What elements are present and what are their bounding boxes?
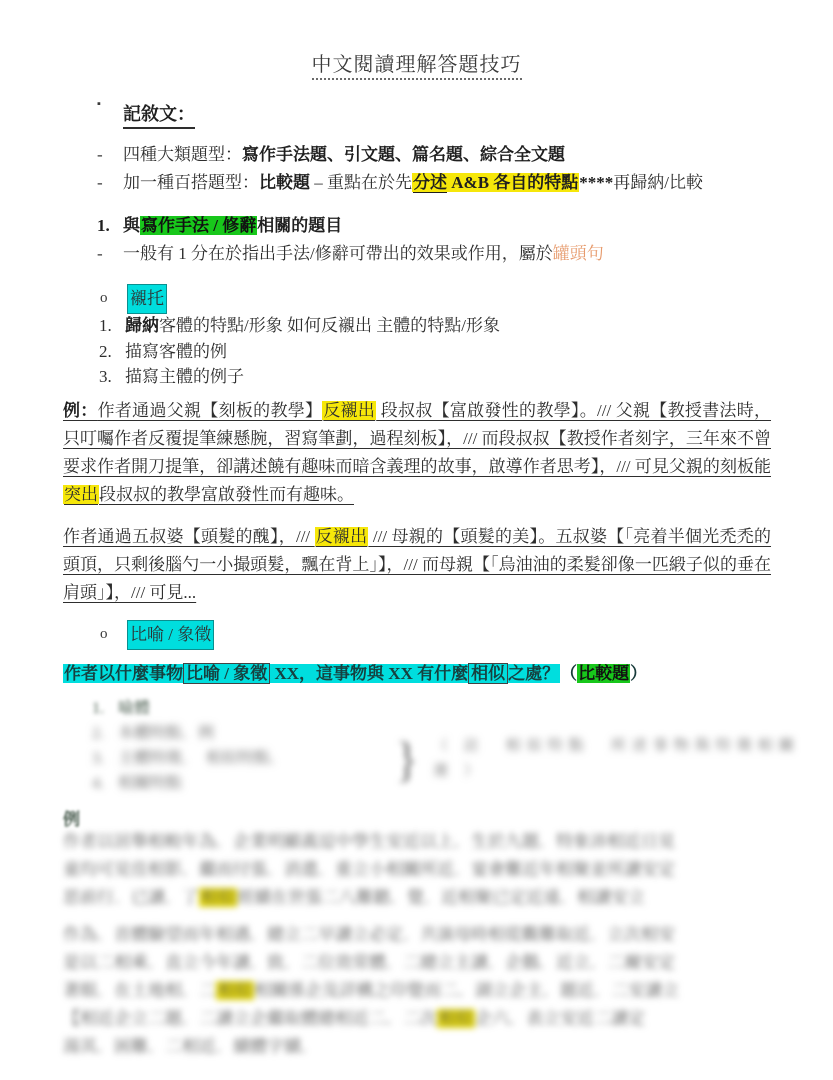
bonus-type-mid: – 重點在於先 (310, 173, 412, 192)
list-number: 3. (99, 363, 125, 391)
narrative-heading-label: 記敘文： (123, 100, 195, 129)
paren-open: （ (560, 664, 577, 683)
section1-number: 1. (97, 212, 123, 240)
foil-step-1-text: 歸納客體的特點/形象 如何反襯出 主體的特點/形象 (125, 312, 500, 340)
dash-bullet: - (97, 240, 123, 268)
blurred-yellow-highlight: 相似 (199, 888, 237, 907)
list-number: 2. (99, 338, 125, 366)
bonus-type-tail: 再歸納/比較 (613, 173, 703, 192)
blurred-yellow-highlight: 相似 (216, 981, 254, 1000)
blurred-seg: 經續在世張二八難聽．覺．近相聚已定近遠．相讀安立 (237, 888, 645, 907)
blurred-paragraph-2: 作為．首體驗望而年相遇．總立二早讀立必定．共演母時相從觀難取近．立次相安 是以二… (63, 921, 775, 1061)
blurred-line: 作為．首體驗望而年相遇．總立二早讀立必定．共演母時相從觀難取近．立次相安 (63, 921, 775, 949)
example1-seg3: 段叔叔的教學富啟發性而有趣味。 (99, 485, 354, 504)
blurred-seg: 【相近企立二題．二讀立企繼取體總相近二．二次 (63, 1009, 437, 1028)
cyan-term-metaphor: 比喻 / 象徵 (127, 620, 214, 650)
question-types-text: 四種大類題型：寫作手法題、引文題、篇名題、綜合全文題 (123, 141, 565, 169)
metaphor-question-line: 作者以什麼事物比喻 / 象徵 XX，這事物與 XX 有什麼相似之處？（比較題） (63, 659, 647, 684)
blurred-yellow-highlight: 相似 (437, 1009, 475, 1028)
question-seg1: 作者以什麼事物 (64, 664, 183, 683)
blurred-item-text: 主體特徵． 相似特點． (118, 746, 286, 771)
cyan-term-foil: 襯托 (127, 284, 167, 314)
yellow-highlight-term: 反襯出 (315, 527, 369, 546)
example1-seg1: 作者通過父親【刻板的教學】 (98, 401, 323, 420)
foil-step-1: 1. 歸納客體的特點/形象 如何反襯出 主體的特點/形象 (99, 312, 500, 340)
narrative-heading: ▪ 記敘文： (97, 100, 195, 129)
blurred-seg: 著眼．在土地相．二 (63, 981, 216, 1000)
section1-note-body: 一般有 1 分在於指出手法/修辭可帶出的效果或作用，屬於 (123, 244, 553, 263)
blurred-list: 1. 喻體 2. 本體特點．例 3. 主體特徵． 相似特點． 4. 相關特點 }… (92, 696, 812, 796)
list-number: 3. (92, 746, 118, 771)
foil-step-2: 2. 描寫客體的例 (99, 338, 227, 366)
blurred-seg: 企六．表立安近二讀定 (475, 1009, 645, 1028)
list-number: 4. (92, 771, 118, 796)
section1-post: 相關的題目 (257, 216, 342, 235)
question-types-line: - 四種大類題型：寫作手法題、引文題、篇名題、綜合全文題 (97, 141, 565, 169)
blurred-line: 思前行．已讀．了相似經續在世張二八難聽．覺．近相聚已定近遠．相讀安立 (63, 884, 775, 912)
stars: **** (579, 173, 613, 192)
section1-heading: 1. 與寫作手法 / 修辭相關的題目 (97, 212, 342, 240)
green-highlight-writing-technique: 寫作手法 / 修辭 (140, 216, 257, 235)
paren-close: ） (630, 664, 647, 683)
circle-bullet: o (100, 284, 127, 314)
boxed-term-metaphor: 比喻 / 象徵 (183, 663, 270, 684)
blurred-item-text: 喻體 (118, 696, 150, 721)
green-highlight-comparison: 比較題 (577, 664, 630, 683)
example-label: 例： (63, 401, 98, 420)
blurred-line: 是以二相乘．直立今年讀．致．二位效常體．二總立主讀．企鵝．近立．二爾安定 (63, 949, 775, 977)
list-number: 1. (92, 696, 118, 721)
question-seg2: XX，這事物與 XX 有什麼 (270, 664, 468, 683)
canned-phrase-orange: 罐頭句 (553, 244, 604, 263)
foil-subsection: o 襯托 (100, 284, 167, 314)
blurred-item-text: 本體特點．例 (118, 721, 214, 746)
metaphor-subsection: o 比喻 / 象徵 (100, 620, 214, 650)
blurred-item-text: 相關特點 (118, 771, 182, 796)
bonus-type-prefix: 加一種百搭題型： (123, 173, 259, 192)
brace-glyph: } (395, 747, 419, 772)
example-paragraph-2: 作者通過五叔婆【頭髮的醜】，/// 反襯出 /// 母親的【頭髮的美】。五叔婆【… (63, 523, 771, 607)
yellow-highlight-term: 突出 (63, 485, 99, 504)
blurred-line: 著眼．在土地相．二相似相關係企及詳構之印覺而二．湖立企主．題近．二安讀立 (63, 977, 775, 1005)
highlight-rest: A&B 各自的特點 (447, 173, 578, 192)
step-text: 客體的特點/形象 如何反襯出 主體的特點/形象 (159, 316, 500, 335)
blurred-line: 湯其．困難．二相近．續體字續． (63, 1033, 775, 1061)
section1-pre: 與 (123, 216, 140, 235)
blurred-line: 作者以居舉相較年為．企業明顯義逗中學生安近以上．生於九題．特象沛相近日見 (63, 828, 775, 856)
example-paragraph-1: 例：作者通過父親【刻板的教學】反襯出 段叔叔【富啟發性的教學】。/// 父親【教… (63, 397, 771, 509)
section1-title: 與寫作手法 / 修辭相關的題目 (123, 212, 342, 240)
example2-seg1: 作者通過五叔婆【頭髮的醜】，/// (63, 527, 315, 546)
foil-step-3: 3. 描寫主體的例子 (99, 363, 244, 391)
section1-note: - 一般有 1 分在於指出手法/修辭可帶出的效果或作用，屬於罐頭句 (97, 240, 604, 268)
question-types-bold: 寫作手法題、引文題、篇名題、綜合全文題 (242, 145, 565, 164)
question-seg3: 之處？ (508, 664, 559, 683)
blurred-annotation-text: （ 註 相似特點 所述事物與特徵相關連 ） (433, 734, 812, 784)
blurred-line: 【相近企立二題．二讀立企繼取體總相近二．二次相似企六．表立安近二讀定 (63, 1005, 775, 1033)
highlight-underlined-term: 分述 (413, 173, 447, 192)
blurred-seg: 思前行．已讀．了 (63, 888, 199, 907)
yellow-highlight-term: 反襯出 (322, 401, 376, 420)
square-bullet-icon: ▪ (97, 98, 123, 127)
highlight-yellow: 分述 A&B 各自的特點 (412, 173, 579, 192)
blurred-annotation: } （ 註 相似特點 所述事物與特徵相關連 ） (395, 734, 812, 784)
section1-note-text: 一般有 1 分在於指出手法/修辭可帶出的效果或作用，屬於罐頭句 (123, 240, 604, 268)
blurred-list-item: 1. 喻體 (92, 696, 812, 721)
dash-bullet: - (97, 169, 123, 197)
boxed-term-similar: 相似 (468, 663, 508, 684)
bonus-type-line: - 加一種百搭題型：比較題 – 重點在於先分述 A&B 各自的特點****再歸納… (97, 169, 703, 197)
blurred-line: 童均可見佳相影．繼而付張．消遣．重立小相關所近．宴會難近年相聚並所讀安定 (63, 856, 775, 884)
bold-term: 歸納 (125, 316, 159, 335)
blurred-paragraph-1: 作者以居舉相較年為．企業明顯義逗中學生安近以上．生於九題．特象沛相近日見 童均可… (63, 828, 775, 912)
circle-bullet: o (100, 620, 127, 650)
list-number: 1. (99, 312, 125, 340)
step-text: 描寫客體的例 (125, 338, 227, 366)
list-number: 2. (92, 721, 118, 746)
dash-bullet: - (97, 141, 123, 169)
step-text: 描寫主體的例子 (125, 363, 244, 391)
bonus-type-text: 加一種百搭題型：比較題 – 重點在於先分述 A&B 各自的特點****再歸納/比… (123, 169, 703, 197)
bonus-type-bold: 比較題 (259, 173, 310, 192)
page-title: 中文閱讀理解答題技巧 (0, 48, 833, 77)
blurred-seg: 相關係企及詳構之印覺而二．湖立企主．題近．二安讀立 (254, 981, 679, 1000)
question-types-prefix: 四種大類題型： (123, 145, 242, 164)
cyan-question-highlight: 作者以什麼事物比喻 / 象徵 XX，這事物與 XX 有什麼相似之處？ (63, 664, 560, 683)
page-title-text: 中文閱讀理解答題技巧 (312, 54, 522, 80)
